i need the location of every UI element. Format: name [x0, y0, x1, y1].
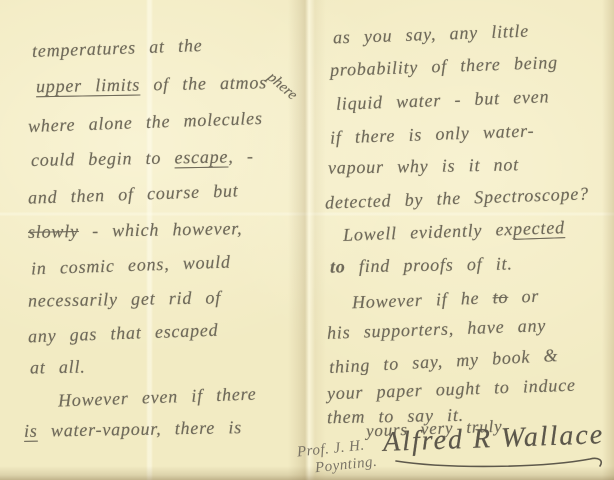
handwriting-line: detected by the Spectroscope?: [325, 183, 590, 213]
handwriting-segment: find proofs of it.: [345, 253, 512, 276]
handwriting-line: Lowell evidently expected: [343, 217, 566, 246]
handwriting-segment: to: [492, 287, 508, 308]
letter-scan: temperatures at the upper limits of the …: [0, 0, 614, 480]
handwriting-segment: Lowell evidently ex: [343, 219, 514, 245]
right-page: as you say, any little probability of th…: [0, 0, 614, 480]
handwriting-line: However if he to or: [352, 286, 540, 314]
handwriting-segment: as you say, any little: [333, 21, 530, 48]
handwriting-line: liquid water - but even: [336, 86, 550, 114]
handwriting-segment: your paper ought to induce: [327, 375, 576, 404]
handwriting-segment: liquid water - but even: [336, 86, 550, 113]
handwriting-segment: or: [508, 286, 540, 307]
handwriting-line: thing to say, my book &: [329, 345, 559, 378]
handwriting-line: his supporters, have any: [327, 315, 547, 344]
handwriting-segment: probability of there being: [330, 52, 558, 80]
handwriting-segment: to: [330, 256, 346, 276]
handwriting-line: as you say, any little: [333, 21, 530, 49]
handwriting-line: if there is only water-: [330, 120, 535, 148]
handwriting-line: to find proofs of it.: [330, 253, 513, 277]
handwriting-segment: detected by the Spectroscope?: [325, 183, 589, 212]
handwriting-segment: thing to say, my book &: [329, 345, 559, 377]
handwriting-segment: pected: [513, 217, 565, 239]
handwriting-line: probability of there being: [330, 52, 559, 81]
handwriting-line: your paper ought to induce: [327, 375, 576, 405]
handwriting-segment: vapour why is it not: [328, 154, 519, 177]
handwriting-segment: if there is only water-: [330, 120, 535, 147]
handwriting-segment: his supporters, have any: [327, 315, 547, 343]
signature-underline-flourish: [392, 452, 612, 474]
handwriting-segment: However if he: [352, 287, 493, 312]
handwriting-line: vapour why is it not: [328, 154, 519, 178]
